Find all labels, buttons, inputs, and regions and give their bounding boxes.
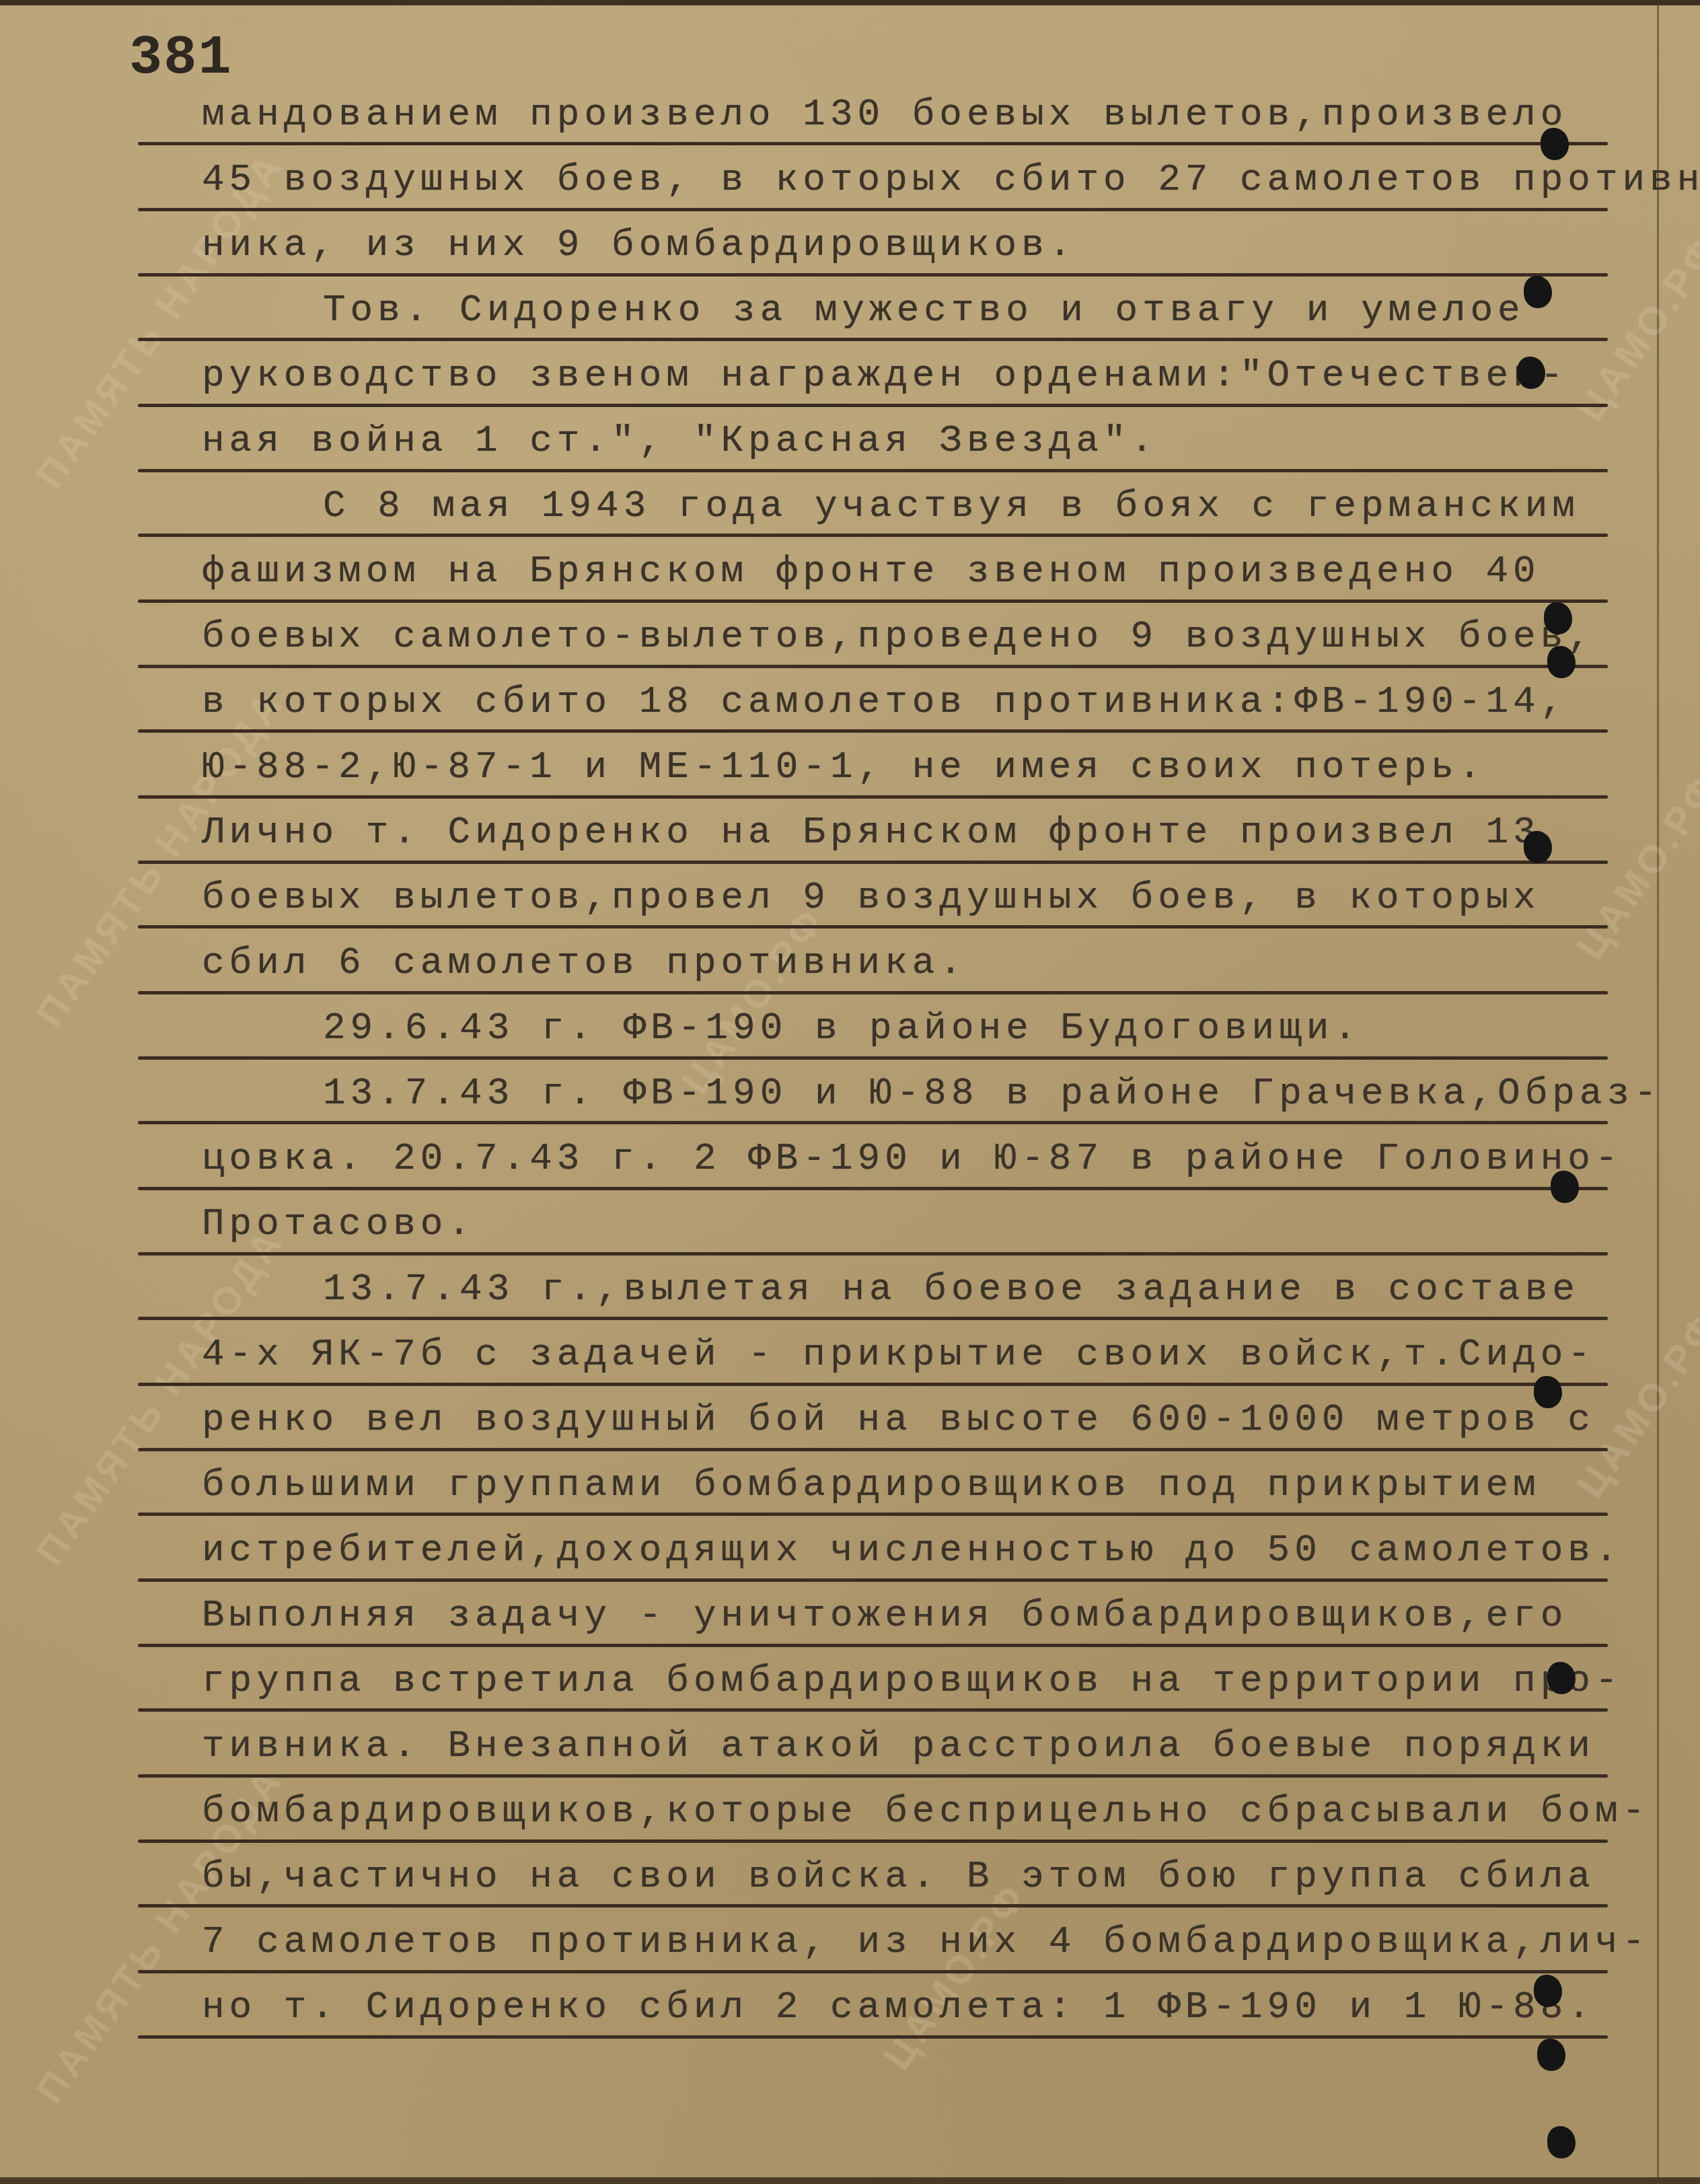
- ruled-line: [138, 925, 1608, 929]
- typed-line: в которых сбито 18 самолетов противника:…: [202, 675, 1648, 729]
- ink-hole-mark: [1524, 276, 1552, 308]
- typed-line: Тов. Сидоренко за мужество и отвагу и ум…: [323, 283, 1700, 337]
- ruled-line: [138, 665, 1608, 668]
- ink-hole-mark: [1537, 2039, 1565, 2071]
- page-top-edge: [0, 0, 1700, 5]
- ink-hole-mark: [1547, 646, 1576, 678]
- typed-line: Выполняя задачу - уничтожения бомбардиро…: [202, 1589, 1648, 1642]
- typed-line: боевых самолето-вылетов,проведено 9 возд…: [202, 610, 1648, 663]
- document-page: ПАМЯТЬ НАРОДАПАМЯТЬ НАРОДАПАМЯТЬ НАРОДАП…: [0, 0, 1700, 2184]
- ruled-line: [138, 208, 1608, 211]
- typed-line: ренко вел воздушный бой на высоте 600-10…: [202, 1393, 1648, 1447]
- typed-line: истребителей,доходящих численностью до 5…: [202, 1523, 1648, 1577]
- typed-line: боевых вылетов,провел 9 воздушных боев, …: [202, 871, 1648, 924]
- ruled-line: [138, 991, 1608, 994]
- typed-line: 4-х ЯК-7б с задачей - прикрытие своих во…: [202, 1327, 1648, 1381]
- typed-line: большими группами бомбардировщиков под п…: [202, 1458, 1648, 1512]
- ruled-line: [138, 142, 1608, 145]
- typed-line: тивника. Внезапной атакой расстроила бое…: [202, 1719, 1648, 1773]
- ruled-line: [138, 1252, 1608, 1255]
- typed-line: руководство звеном награжден орденами:"О…: [202, 349, 1648, 402]
- ruled-line: [138, 729, 1608, 733]
- ruled-line: [138, 1513, 1608, 1516]
- ink-hole-mark: [1547, 2126, 1576, 2158]
- typed-line: ника, из них 9 бомбардировщиков.: [202, 218, 1648, 272]
- ruled-line: [138, 1578, 1608, 1582]
- ruled-line: [138, 1448, 1608, 1451]
- typed-line: Протасово.: [202, 1197, 1648, 1251]
- ruled-line: [138, 1904, 1608, 1907]
- typed-line: ная война 1 ст.", "Красная Звезда".: [202, 414, 1648, 468]
- typed-line: 45 воздушных боев, в которых сбито 27 са…: [202, 153, 1648, 207]
- ruled-line: [138, 1644, 1608, 1647]
- typed-line: сбил 6 самолетов противника.: [202, 936, 1648, 990]
- page-number: 381: [129, 27, 233, 89]
- ruled-line: [138, 1121, 1608, 1124]
- typed-line: 13.7.43 г.,вылетая на боевое задание в с…: [323, 1262, 1700, 1316]
- typed-line: Лично т. Сидоренко на Брянском фронте пр…: [202, 805, 1648, 859]
- ink-hole-mark: [1547, 1662, 1576, 1694]
- ruled-line: [138, 469, 1608, 472]
- typed-line: 13.7.43 г. ФВ-190 и Ю-88 в районе Грачев…: [323, 1066, 1700, 1120]
- typed-line: 7 самолетов противника, из них 4 бомбард…: [202, 1915, 1648, 1969]
- typed-line: цовка. 20.7.43 г. 2 ФВ-190 и Ю-87 в райо…: [202, 1132, 1648, 1186]
- ink-hole-mark: [1534, 1975, 1562, 2007]
- ruled-line: [138, 795, 1608, 799]
- typed-line: 29.6.43 г. ФВ-190 в районе Будоговищи.: [323, 1001, 1700, 1055]
- ruled-line: [138, 1187, 1608, 1190]
- typed-line: С 8 мая 1943 года участвуя в боях с герм…: [323, 479, 1700, 533]
- typed-line: но т. Сидоренко сбил 2 самолета: 1 ФВ-19…: [202, 1980, 1648, 2034]
- typed-line: мандованием произвело 130 боевых вылетов…: [202, 87, 1648, 141]
- ruled-line: [138, 1383, 1608, 1386]
- ruled-line: [138, 534, 1608, 537]
- ink-hole-mark: [1544, 602, 1572, 634]
- ruled-line: [138, 338, 1608, 341]
- ink-hole-mark: [1534, 1376, 1562, 1408]
- ruled-line: [138, 1317, 1608, 1320]
- ruled-line: [138, 1970, 1608, 1973]
- ruled-line: [138, 404, 1608, 407]
- ruled-line: [138, 273, 1608, 277]
- ink-hole-mark: [1524, 831, 1552, 863]
- ink-hole-mark: [1551, 1171, 1579, 1203]
- ruled-line: [138, 599, 1608, 603]
- page-bottom-edge: [0, 2177, 1700, 2184]
- ruled-line: [138, 861, 1608, 864]
- ruled-line: [138, 1056, 1608, 1060]
- ruled-line: [138, 1708, 1608, 1712]
- typed-line: Ю-88-2,Ю-87-1 и МЕ-110-1, не имея своих …: [202, 740, 1648, 794]
- typed-line: бы,частично на свои войска. В этом бою г…: [202, 1850, 1648, 1903]
- typed-line: фашизмом на Брянском фронте звеном произ…: [202, 544, 1648, 598]
- ruled-line: [138, 2035, 1608, 2039]
- typed-line: группа встретила бомбардировщиков на тер…: [202, 1654, 1648, 1708]
- ink-hole-mark: [1517, 357, 1545, 389]
- ruled-line: [138, 1840, 1608, 1843]
- typed-line: бомбардировщиков,которые бесприцельно сб…: [202, 1784, 1648, 1838]
- ink-hole-mark: [1541, 128, 1569, 160]
- ruled-line: [138, 1774, 1608, 1778]
